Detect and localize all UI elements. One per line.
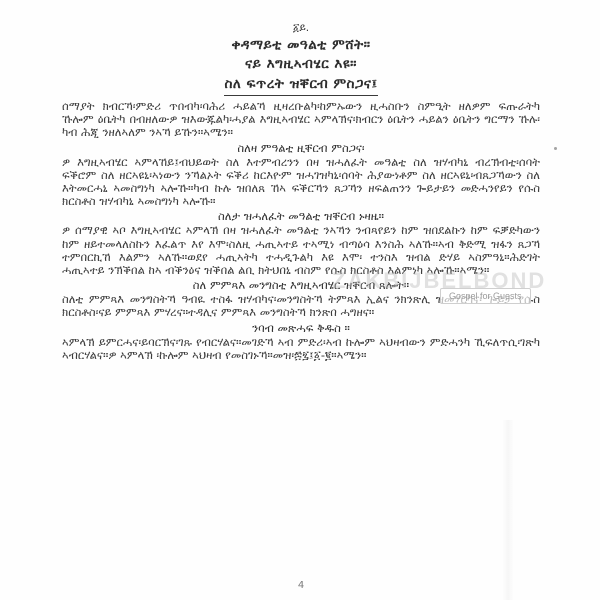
- section-heading-day-thanksgiving: ስለዛ ምዓልቲ ዚቐርብ ምስጋና፡: [62, 141, 540, 155]
- scanned-page: ፩ይ. ቀዳማይቲ መዓልቲ ምሸት። ናይ እግዚኣብሄር እዩ። ስለ ፍጥ…: [0, 0, 600, 600]
- page-title: ቀዳማይቲ መዓልቲ ምሸት።: [62, 36, 540, 55]
- page-content: ፩ይ. ቀዳማይቲ መዓልቲ ምሸት። ናይ እግዚኣብሄር እዩ። ስለ ፍጥ…: [62, 20, 540, 363]
- intro-heading-underlined: ስለ ፍጥረት ዝቐርብ ምስጋና፤: [224, 74, 377, 96]
- scan-speck: [554, 147, 557, 150]
- page-subtitle: ናይ እግዚኣብሄር እዩ።: [62, 55, 540, 74]
- scan-artifact-band: [502, 420, 514, 600]
- paragraph-bible-reading: ኣምላኽ ይምርሓና፡ይባርኽና፡ገጹ የብርሃልና።መገድኻ ኣብ ምድሪ፡ኣ…: [62, 336, 540, 362]
- page-number: 4: [62, 580, 540, 591]
- section-heading-confession: ስለታ ዝሓለፈት መዓልቲ ዝቐርብ ኑዛዜ።: [62, 209, 540, 223]
- section-ordinal: ፩ይ.: [62, 20, 540, 36]
- paragraph-creation-praise: ሰማያት ክብርኻ፡ምድሪ ጥበብካ፡ባሕሪ ሓይልኻ ዚዛረቡልካ፡ከምኡውን…: [62, 100, 540, 140]
- paragraph-day-thanksgiving: ዎ እግዚኣብሄር ኣምላኸይ፤ብህይወት ስለ እተምብረንን በዛ ዝሓለፈ…: [62, 156, 540, 209]
- intro-heading-row: ስለ ፍጥረት ዝቐርብ ምስጋና፤: [62, 74, 540, 96]
- watermark-badge: Gospel for Guests: [440, 288, 531, 304]
- paragraph-confession: ዎ ሰማያዊ ኣቦ እግዚኣብሄር ኣምላኽ በዛ ዝሓለፈት መዓልቲ ንኣኻ…: [62, 224, 540, 277]
- section-heading-bible-reading: ንባብ መጽሓፍ ቅዱስ ።: [62, 321, 540, 335]
